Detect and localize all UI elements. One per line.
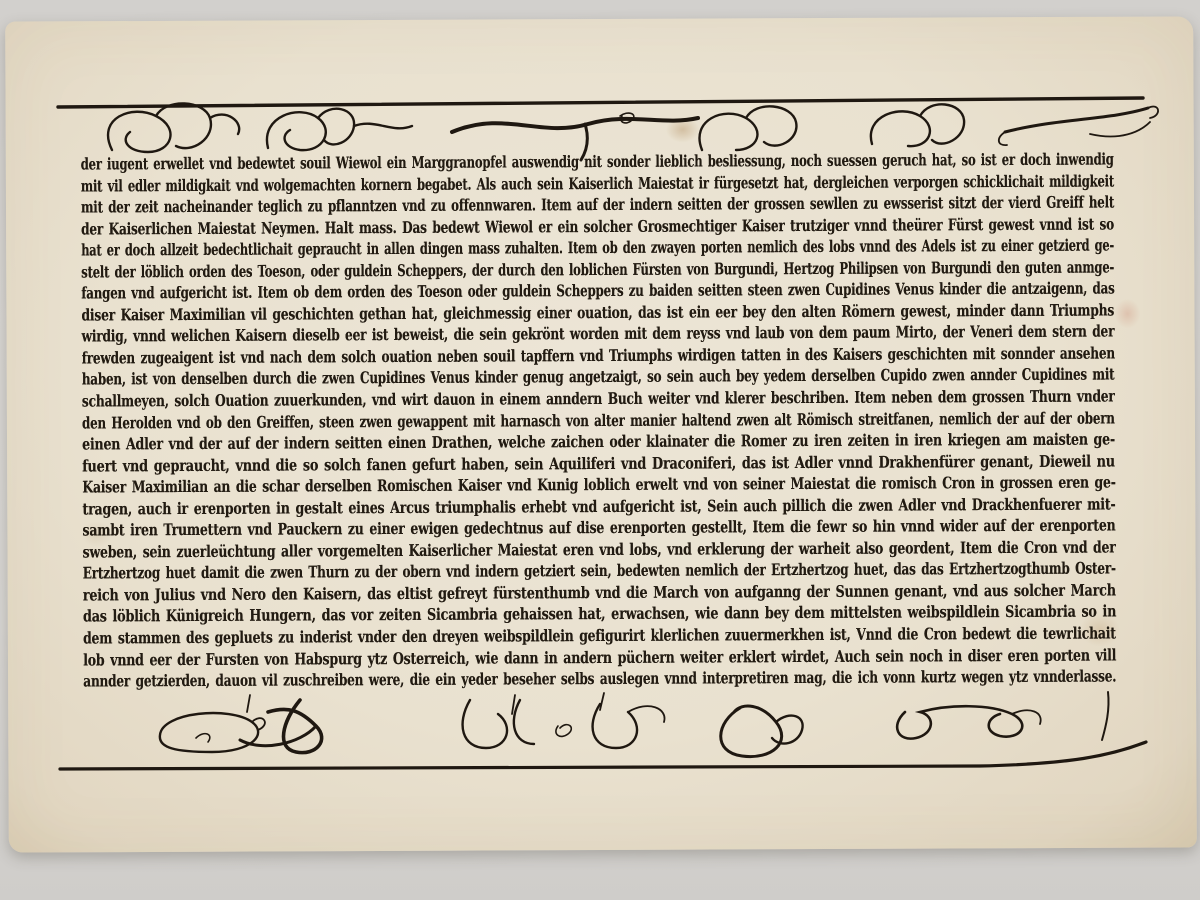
paper-stain — [666, 117, 700, 143]
photograph-background: der iugent erwellet vnd bedewtet souil W… — [0, 0, 1200, 900]
paper-stain — [1114, 299, 1140, 329]
text-block: der iugent erwellet vnd bedewtet souil W… — [81, 148, 1117, 692]
